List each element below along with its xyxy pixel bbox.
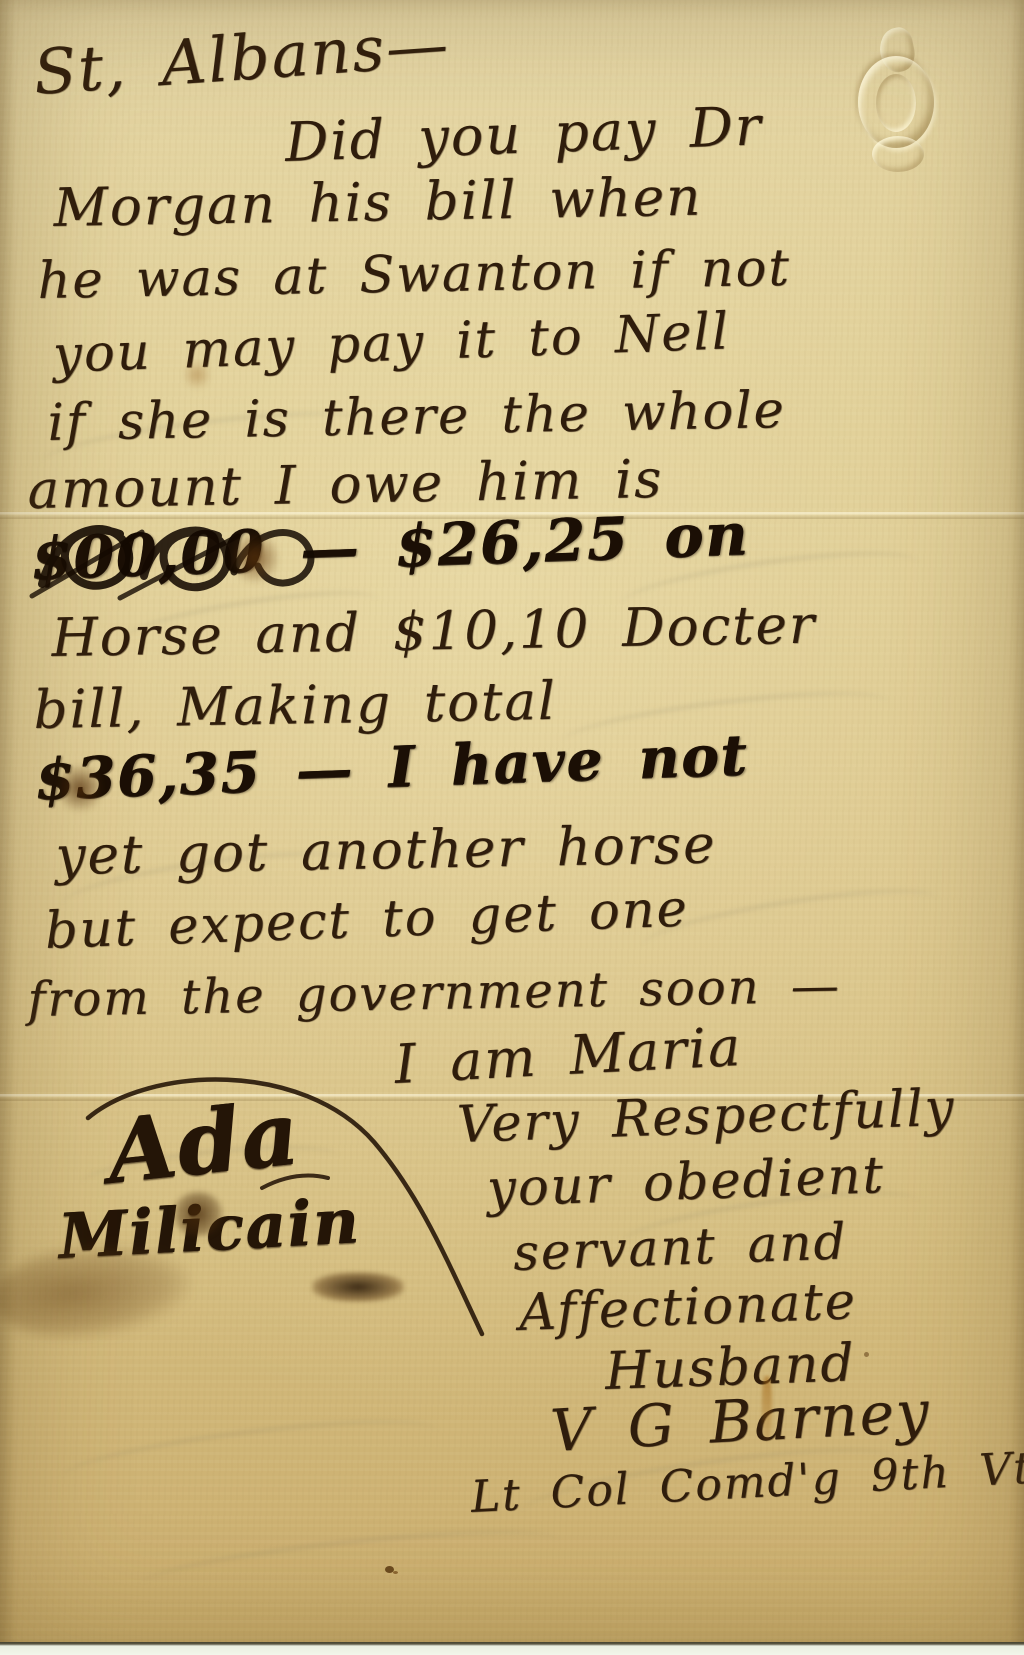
letter-line: if she is there the whole — [47, 385, 786, 449]
ink-smear — [312, 1272, 404, 1302]
letter-line: Morgan his bill when — [53, 171, 703, 235]
letter-line: but expect to get one — [44, 884, 689, 957]
letter-line: he was at Swanton if not — [37, 243, 791, 307]
letter-line: St, Albans— — [32, 13, 452, 104]
letter-line: Very Respectfully — [456, 1083, 956, 1151]
letter-line: Horse and $10,10 Docter — [51, 599, 817, 665]
scrawl-line: Ada — [103, 1088, 304, 1196]
ink-speck — [385, 1566, 394, 1573]
letter-line: Affectionate — [518, 1276, 857, 1339]
letter-line: servant and — [512, 1216, 848, 1278]
letter-line: Did you pay Dr — [284, 99, 763, 170]
ink-speck — [864, 1352, 869, 1357]
letter-line: you may pay it to Nell — [52, 306, 731, 381]
scanner-edge-strip — [0, 1642, 1024, 1655]
letter-line: $36,35 — I have not — [34, 727, 749, 808]
letter-scan: St, Albans—Did you pay DrMorgan his bill… — [0, 0, 1024, 1655]
letter-line: V G Barney — [549, 1382, 932, 1460]
letter-line: your obedient — [486, 1150, 886, 1215]
scrawl-line: Milicain — [57, 1190, 362, 1268]
letter-line: bill, Making total — [33, 675, 557, 737]
letter-line: yet got another horse — [55, 818, 717, 883]
letter-line: from the government soon — — [27, 962, 841, 1024]
embossed-stationery-seal — [850, 28, 942, 178]
letter-line: I am Maria — [393, 1020, 743, 1092]
